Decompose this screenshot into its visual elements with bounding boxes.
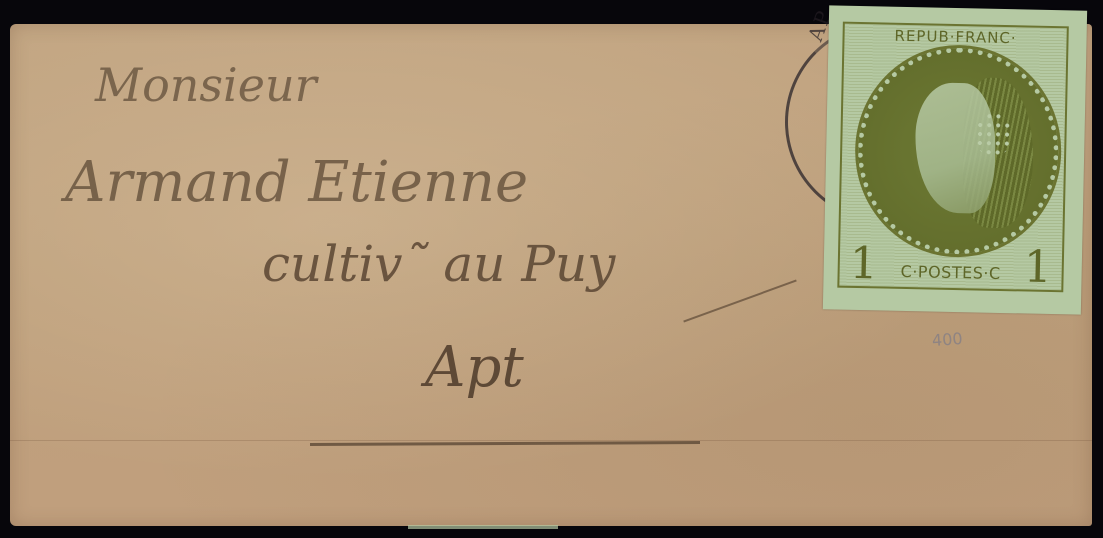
stamp-medallion: [856, 46, 1060, 256]
address-salutation: Monsieur: [95, 58, 317, 112]
paper-sliver: [408, 525, 558, 529]
stamp-country-text: REPUB·FRANC·: [844, 26, 1066, 49]
address-town: Apt: [425, 335, 524, 400]
stamp-denomination-right: 1: [1023, 245, 1052, 290]
address-name: Armand Etienne: [65, 150, 528, 215]
pencil-price-note: 400: [931, 329, 963, 350]
stamp-denomination-left: 1: [849, 242, 878, 287]
address-occupation-place: cultiv˜ au Puy: [262, 235, 615, 293]
stamp-bottom-row: 1 C·POSTES·C 1: [839, 242, 1062, 291]
stamp-postes-text: C·POSTES·C: [900, 262, 1000, 289]
postage-stamp: REPUB·FRANC· 1 C·POSTES·C 1: [823, 5, 1087, 314]
stamp-frame: REPUB·FRANC· 1 C·POSTES·C 1: [837, 22, 1069, 293]
